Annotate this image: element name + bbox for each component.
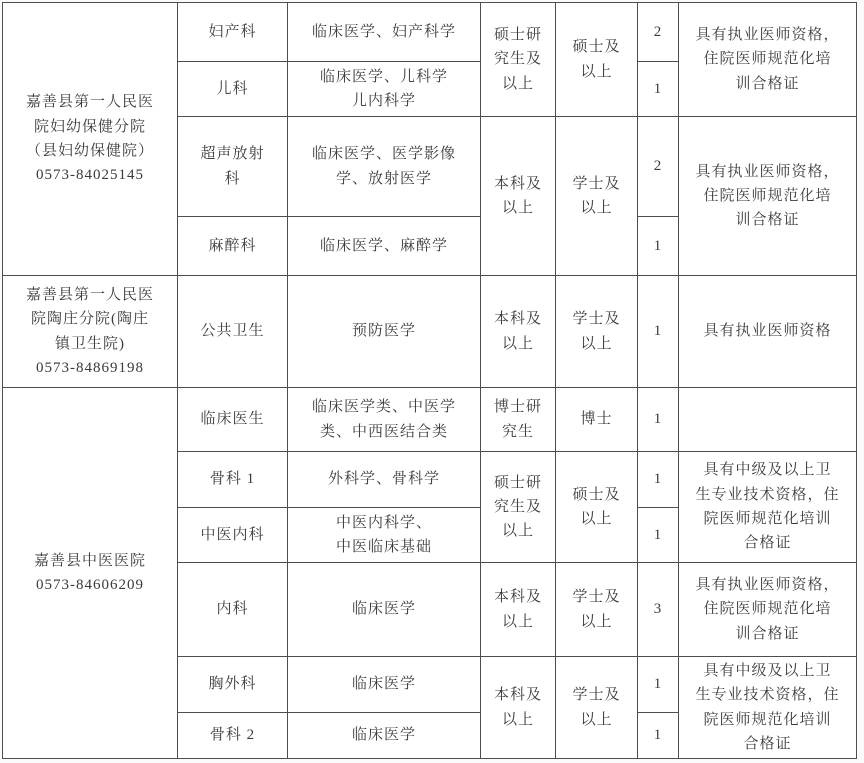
count-cell: 1 xyxy=(638,217,679,276)
major-cell: 外科学、骨科学 xyxy=(288,452,481,508)
department-cell: 超声放射 科 xyxy=(178,117,288,217)
education-cell: 硕士研 究生及 以上 xyxy=(481,452,556,563)
hospital-cell: 嘉善县中医医院 0573-84606209 xyxy=(3,388,178,759)
department-cell: 骨科 1 xyxy=(178,452,288,508)
requirement-cell: 具有中级及以上卫 生专业技术资格，住 院医师规范化培训 合格证 xyxy=(679,657,857,759)
requirement-cell: 具有执业医师资格， 住院医师规范化培 训合格证 xyxy=(679,3,857,117)
department-cell: 胸外科 xyxy=(178,657,288,713)
major-cell: 临床医学类、中医学 类、中西医结合类 xyxy=(288,388,481,452)
requirement-cell xyxy=(679,388,857,452)
table-row: 嘉善县第一人民医 院陶庄分院(陶庄 镇卫生院) 0573-84869198公共卫… xyxy=(3,276,857,388)
degree-cell: 学士及 以上 xyxy=(556,117,638,276)
requirement-cell: 具有执业医师资格 xyxy=(679,276,857,388)
department-cell: 麻醉科 xyxy=(178,217,288,276)
count-cell: 2 xyxy=(638,117,679,217)
major-cell: 预防医学 xyxy=(288,276,481,388)
table-row: 嘉善县中医医院 0573-84606209临床医生临床医学类、中医学 类、中西医… xyxy=(3,388,857,452)
education-cell: 本科及 以上 xyxy=(481,276,556,388)
department-cell: 儿科 xyxy=(178,62,288,117)
department-cell: 公共卫生 xyxy=(178,276,288,388)
hospital-cell: 嘉善县第一人民医 院妇幼保健分院 （县妇幼保健院） 0573-84025145 xyxy=(3,3,178,276)
count-cell: 2 xyxy=(638,3,679,62)
degree-cell: 学士及 以上 xyxy=(556,657,638,759)
document-page: 嘉善县第一人民医 院妇幼保健分院 （县妇幼保健院） 0573-84025145妇… xyxy=(0,0,864,763)
degree-cell: 博士 xyxy=(556,388,638,452)
department-cell: 中医内科 xyxy=(178,508,288,563)
degree-cell: 硕士及 以上 xyxy=(556,452,638,563)
department-cell: 内科 xyxy=(178,563,288,657)
major-cell: 临床医学 xyxy=(288,563,481,657)
department-cell: 妇产科 xyxy=(178,3,288,62)
count-cell: 1 xyxy=(638,276,679,388)
count-cell: 1 xyxy=(638,452,679,508)
count-cell: 1 xyxy=(638,62,679,117)
major-cell: 临床医学 xyxy=(288,657,481,713)
count-cell: 1 xyxy=(638,712,679,759)
requirement-cell: 具有执业医师资格， 住院医师规范化培 训合格证 xyxy=(679,563,857,657)
hospital-cell: 嘉善县第一人民医 院陶庄分院(陶庄 镇卫生院) 0573-84869198 xyxy=(3,276,178,388)
count-cell: 1 xyxy=(638,388,679,452)
major-cell: 临床医学、妇产科学 xyxy=(288,3,481,62)
major-cell: 临床医学、儿科学 儿内科学 xyxy=(288,62,481,117)
major-cell: 临床医学、麻醉学 xyxy=(288,217,481,276)
degree-cell: 学士及 以上 xyxy=(556,276,638,388)
degree-cell: 硕士及 以上 xyxy=(556,3,638,117)
count-cell: 1 xyxy=(638,657,679,713)
requirement-cell: 具有中级及以上卫 生专业技术资格，住 院医师规范化培训 合格证 xyxy=(679,452,857,563)
major-cell: 中医内科学、 中医临床基础 xyxy=(288,508,481,563)
table-row: 嘉善县第一人民医 院妇幼保健分院 （县妇幼保健院） 0573-84025145妇… xyxy=(3,3,857,62)
requirement-cell: 具有执业医师资格， 住院医师规范化培 训合格证 xyxy=(679,117,857,276)
count-cell: 3 xyxy=(638,563,679,657)
major-cell: 临床医学、医学影像 学、放射医学 xyxy=(288,117,481,217)
education-cell: 本科及 以上 xyxy=(481,117,556,276)
count-cell: 1 xyxy=(638,508,679,563)
education-cell: 博士研 究生 xyxy=(481,388,556,452)
department-cell: 临床医生 xyxy=(178,388,288,452)
education-cell: 本科及 以上 xyxy=(481,563,556,657)
education-cell: 本科及 以上 xyxy=(481,657,556,759)
education-cell: 硕士研 究生及 以上 xyxy=(481,3,556,117)
department-cell: 骨科 2 xyxy=(178,712,288,759)
recruitment-table: 嘉善县第一人民医 院妇幼保健分院 （县妇幼保健院） 0573-84025145妇… xyxy=(2,2,857,759)
major-cell: 临床医学 xyxy=(288,712,481,759)
degree-cell: 学士及 以上 xyxy=(556,563,638,657)
